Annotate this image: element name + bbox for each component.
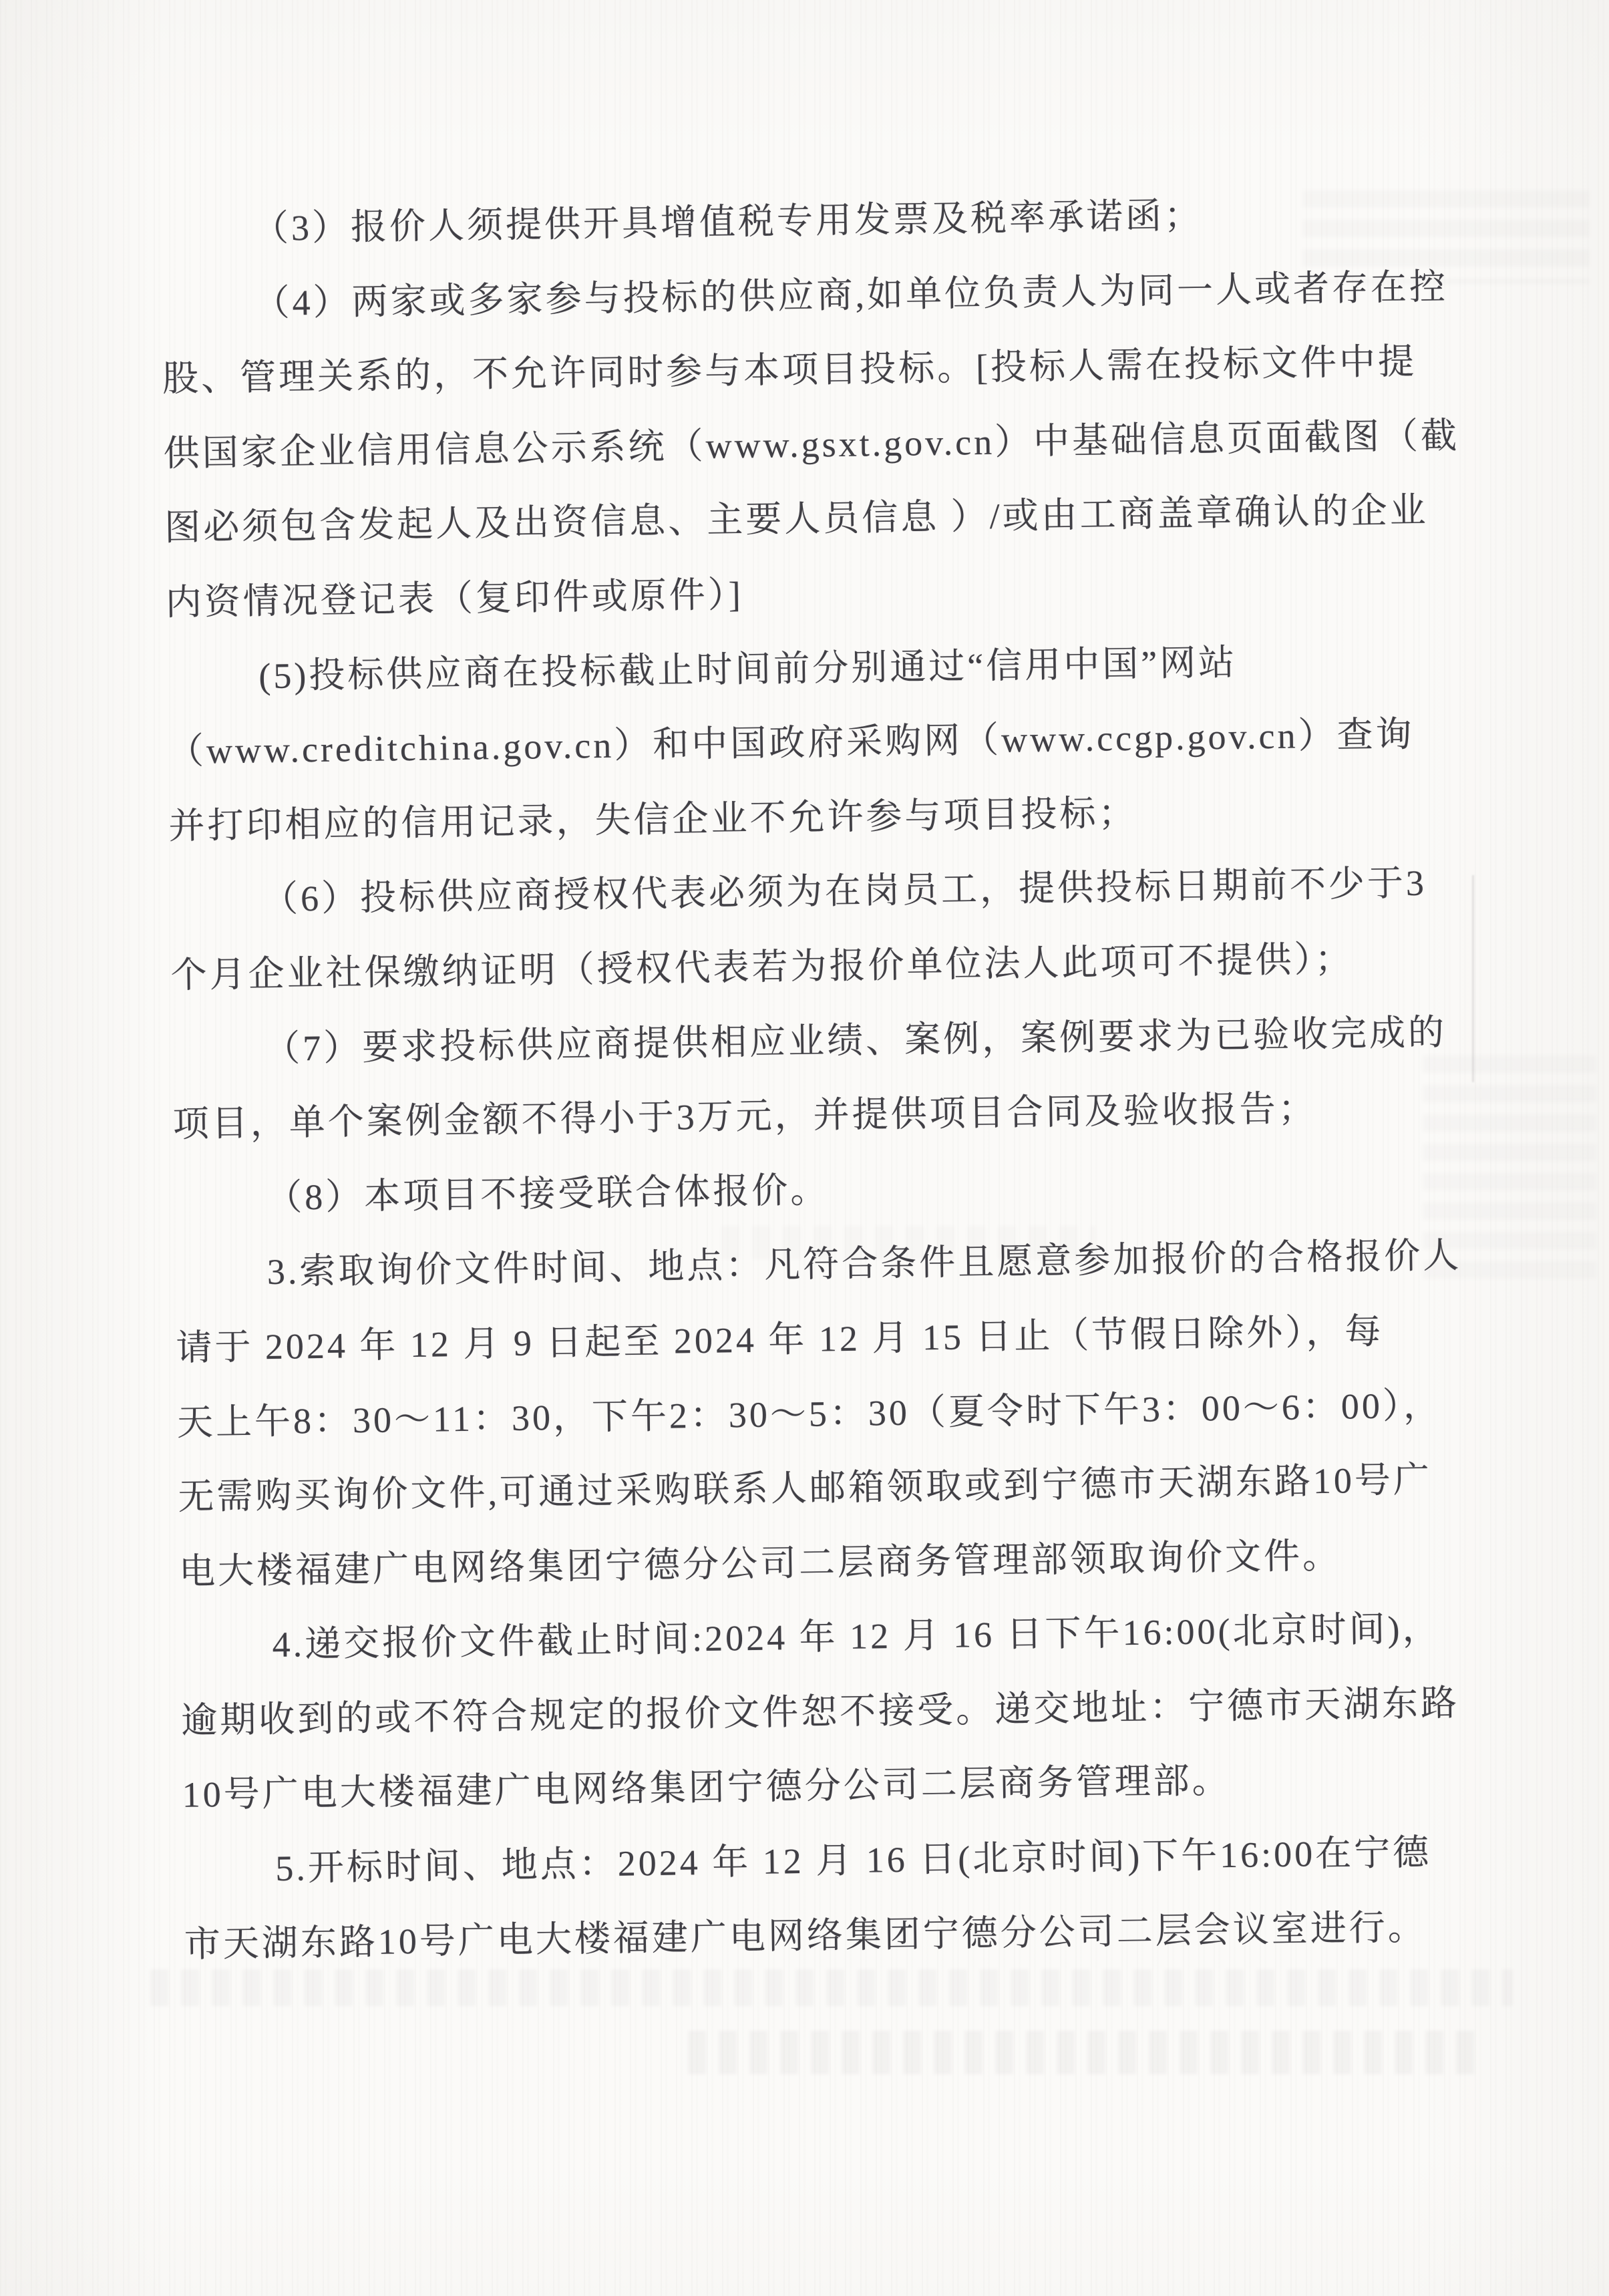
bleedthrough-smudge — [688, 2031, 1476, 2074]
document-text-block: （3）报价人须提供开具增值税专用发票及税率承诺函；（4）两家或多家参与投标的供应… — [160, 175, 1487, 1982]
scanned-page: （3）报价人须提供开具增值税专用发票及税率承诺函；（4）两家或多家参与投标的供应… — [0, 0, 1609, 2296]
